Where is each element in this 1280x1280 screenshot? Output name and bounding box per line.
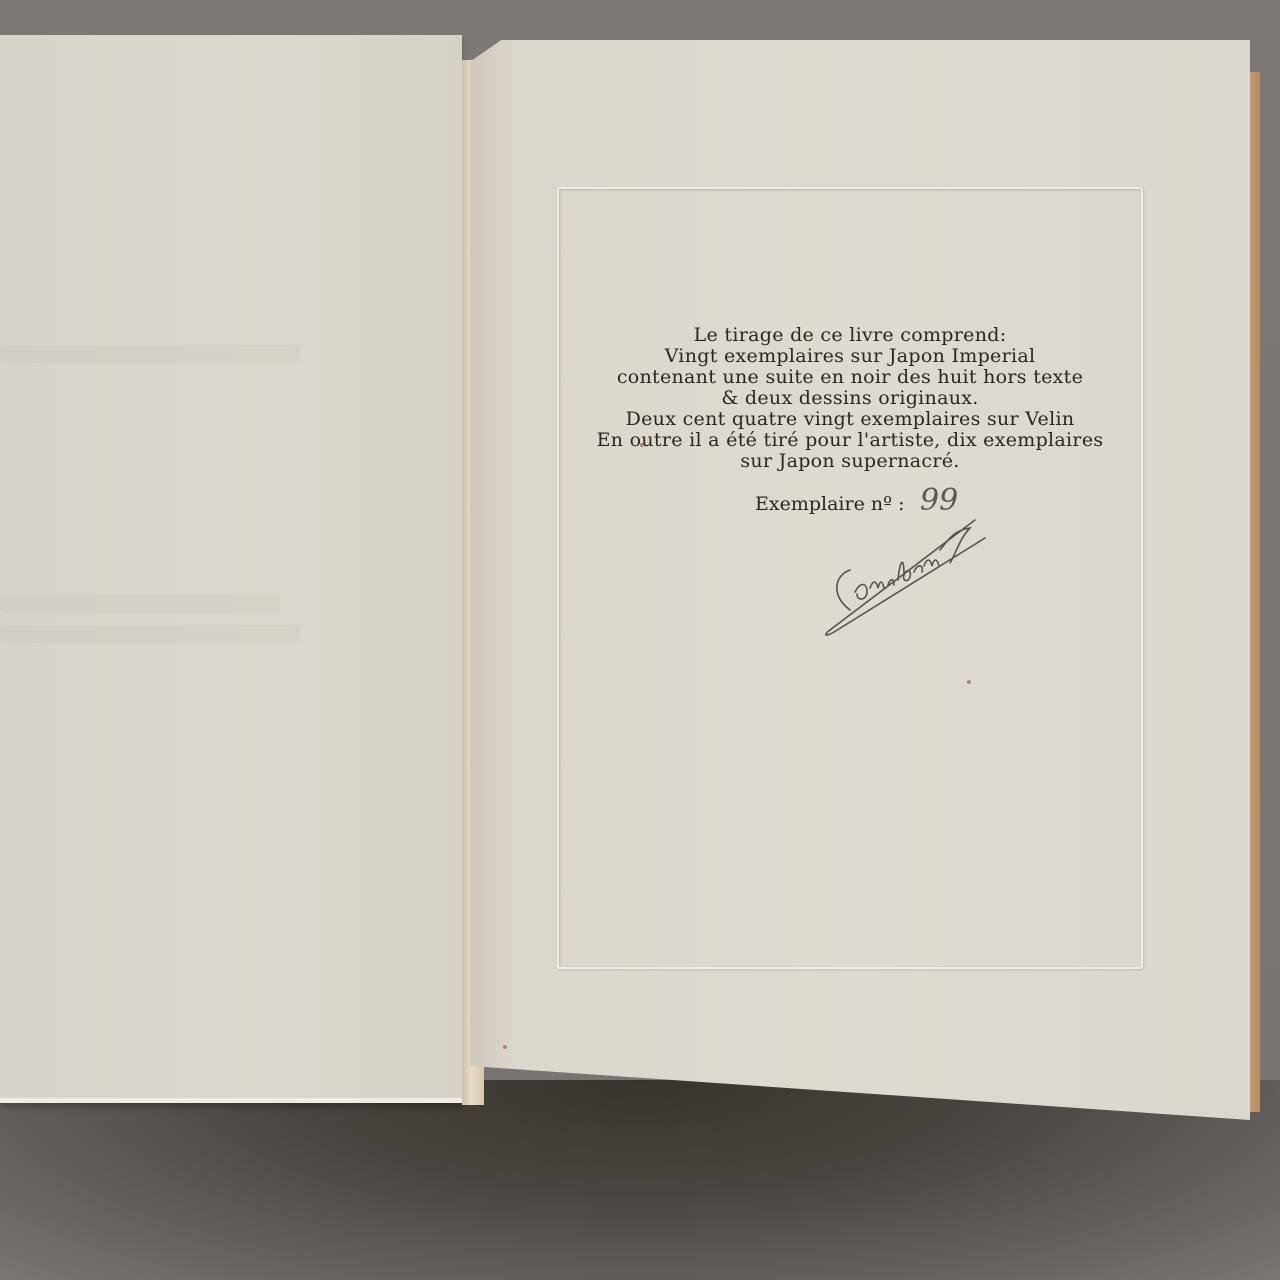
foxing-spot: [640, 443, 644, 447]
justification-line: & deux dessins originaux.: [560, 388, 1140, 409]
show-through-text: [0, 345, 300, 363]
justification-line: contenant une suite en noir des huit hor…: [560, 367, 1140, 388]
book-shadow: [0, 1080, 1280, 1280]
signature-icon: [820, 500, 990, 640]
justification-line: En outre il a été tiré pour l'artiste, d…: [560, 430, 1140, 451]
justification-line: Vingt exemplaires sur Japon Imperial: [560, 346, 1140, 367]
show-through-text: [0, 625, 300, 643]
justification-text: Le tirage de ce livre comprend: Vingt ex…: [560, 325, 1140, 472]
foxing-spot: [967, 680, 971, 684]
justification-line: sur Japon supernacré.: [560, 451, 1140, 472]
justification-line: Le tirage de ce livre comprend:: [560, 325, 1140, 346]
justification-line: Deux cent quatre vingt exemplaires sur V…: [560, 409, 1140, 430]
show-through-text: [0, 595, 280, 613]
foxing-spot: [503, 1045, 507, 1049]
left-page: [0, 35, 462, 1103]
